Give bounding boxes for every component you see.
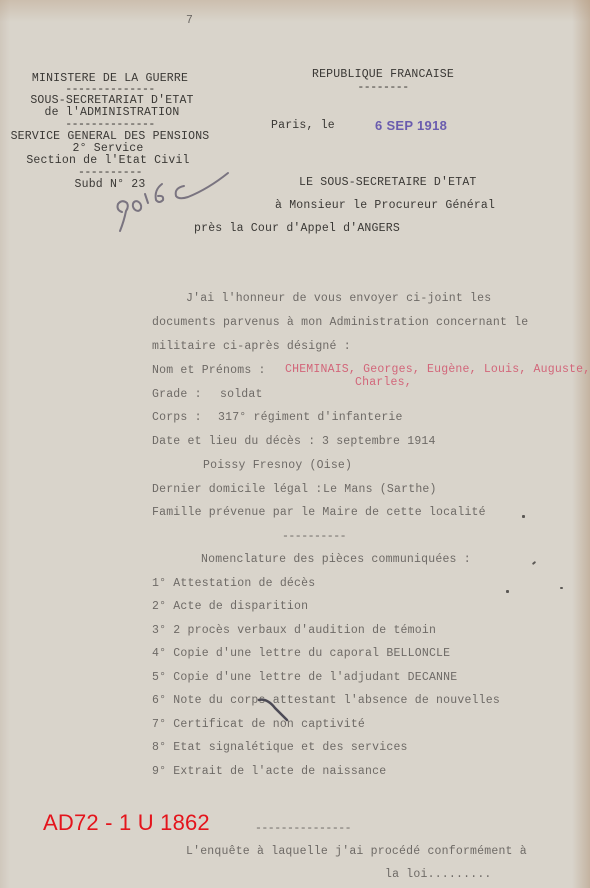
paper-speck xyxy=(522,515,525,518)
intro-line-3: militaire ci-après désigné : xyxy=(152,340,351,353)
list-item: 3° 2 procès verbaux d'audition de témoin xyxy=(152,624,436,637)
nomenclature-title: Nomenclature des pièces communiquées : xyxy=(201,553,471,566)
paper-speck xyxy=(532,561,536,565)
paper-speck xyxy=(560,587,563,589)
republic-rule: -------- xyxy=(357,81,408,94)
date-stamp: 6 SEP 1918 xyxy=(375,118,447,133)
name-value-line-1: CHEMINAIS, Georges, Eugène, Louis, Augus… xyxy=(285,363,590,376)
closing-line-1: L'enquête à laquelle j'ai procédé confor… xyxy=(186,845,527,858)
list-item: 8° Etat signalétique et des services xyxy=(152,741,408,754)
sender-title: LE SOUS-SECRETAIRE D'ETAT xyxy=(299,176,477,189)
death-place: Poissy Fresnoy (Oise) xyxy=(203,459,352,472)
corps-value: 317° régiment d'infanterie xyxy=(218,411,403,424)
death-label: Date et lieu du décès : xyxy=(152,435,315,448)
list-item: 4° Copie d'une lettre du caporal BELLONC… xyxy=(152,647,450,660)
grade-value: soldat xyxy=(220,388,263,401)
domicile-value: Le Mans (Sarthe) xyxy=(323,483,437,496)
intro-line-2: documents parvenus à mon Administration … xyxy=(152,316,528,329)
republic-title: REPUBLIQUE FRANCAISE xyxy=(312,68,454,81)
name-value-line-2: Charles, xyxy=(355,376,412,389)
family-notice: Famille prévenue par le Maire de cette l… xyxy=(152,506,486,519)
archive-reference-label: AD72 - 1 U 1862 xyxy=(43,810,210,836)
closing-line-2: la loi......... xyxy=(385,868,492,881)
section-separator: ---------- xyxy=(282,530,346,543)
list-item: 6° Note du corps attestant l'absence de … xyxy=(152,694,500,707)
addressee-line-2: près la Cour d'Appel d'ANGERS xyxy=(194,222,400,235)
name-label: Nom et Prénoms : xyxy=(152,364,266,377)
date-place: Paris, le xyxy=(271,119,335,132)
corps-label: Corps : xyxy=(152,411,202,424)
paper-speck xyxy=(506,590,509,593)
death-date: 3 septembre 1914 xyxy=(322,435,436,448)
intro-line-1: J'ai l'honneur de vous envoyer ci-joint … xyxy=(186,292,491,305)
closing-rule: --------------- xyxy=(255,822,351,835)
addressee-line-1: à Monsieur le Procureur Général xyxy=(275,199,495,212)
document-page: 7 MINISTERE DE LA GUERRE -------------- … xyxy=(0,0,590,888)
list-item: 2° Acte de disparition xyxy=(152,600,308,613)
domicile-label: Dernier domicile légal : xyxy=(152,483,322,496)
list-item: 5° Copie d'une lettre de l'adjudant DECA… xyxy=(152,671,457,684)
list-item: 1° Attestation de décès xyxy=(152,577,315,590)
grade-label: Grade : xyxy=(152,388,202,401)
list-item: 9° Extrait de l'acte de naissance xyxy=(152,765,386,778)
page-number: 7 xyxy=(186,14,193,27)
pen-mark xyxy=(255,694,295,724)
